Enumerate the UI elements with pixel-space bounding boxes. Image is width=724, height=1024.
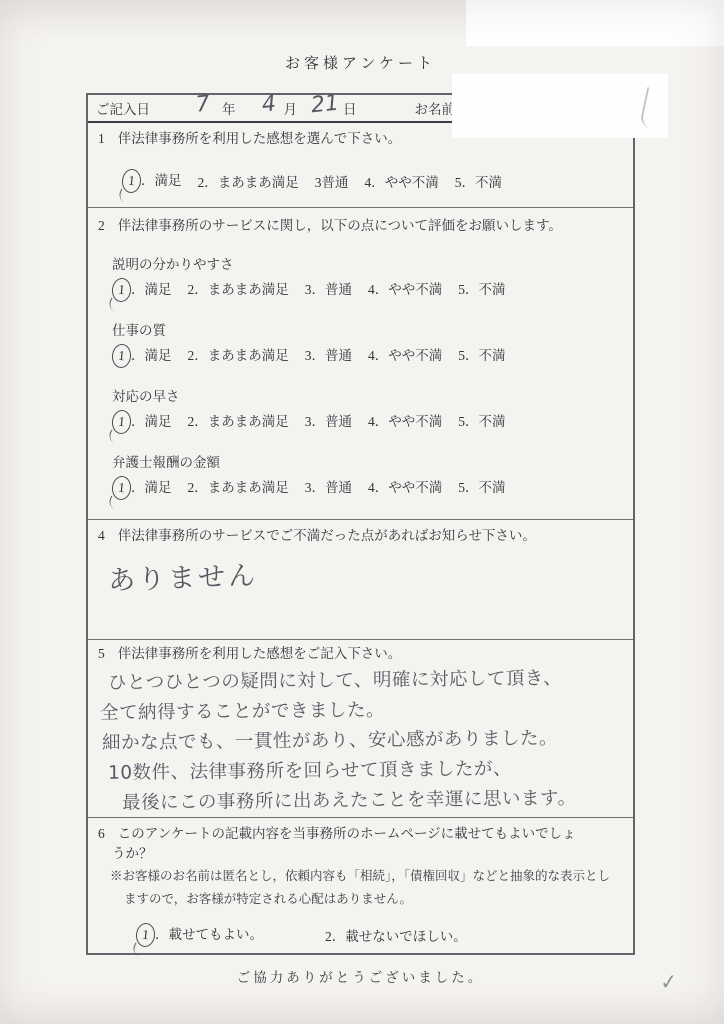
q1-option-3: 3普通 — [315, 171, 349, 191]
option-4: 4．やや不満 — [368, 345, 442, 367]
option-5: 5．不満 — [458, 279, 505, 301]
option-1-selected: 1．満足 — [112, 476, 172, 500]
q2-item-label-speed: 対応の早さ — [112, 388, 623, 406]
q2-item-label-clarity: 説明の分かりやすさ — [112, 256, 623, 274]
handwritten-day: 21 — [310, 93, 340, 118]
top-right-redaction-patch — [466, 0, 724, 46]
month-unit-label: 月 — [284, 98, 298, 118]
option-1-selected: 1．満足 — [112, 278, 172, 302]
option-3: 3．普通 — [305, 477, 352, 499]
question-4-number: 4 — [98, 526, 105, 546]
question-4-heading: 4 伴法律事務所のサービスでご不満だった点があればお知らせ下さい。 — [98, 526, 623, 546]
selection-circle-mark: 1 — [121, 168, 142, 194]
option-2: 2．まあまあ満足 — [188, 477, 289, 499]
survey-form-table: ご記入日 7 年 4 月 21 日 お名前 1 伴法律事務所を利用した感想を選ん… — [86, 93, 635, 955]
option-2: 2．まあまあ満足 — [188, 345, 289, 367]
option-1-selected: 1．満足 — [112, 410, 172, 434]
q5-answer-line: 最後にこの事務所に出あえたことを幸運に思います。 — [122, 783, 623, 818]
option-1-selected: 1．満足 — [112, 344, 172, 368]
question-2-text: 伴法律事務所のサービスに関し，以下の点について評価をお願いします。 — [118, 216, 562, 236]
q1-option-5: 5．不満 — [455, 171, 502, 191]
q1-option-4: 4．やや不満 — [365, 171, 439, 191]
q6-anonymity-note-line2: ますので，お客様が特定される心配はありません。 — [124, 889, 623, 910]
scanned-survey-document: お客様アンケート ご記入日 7 年 4 月 21 日 お名前 1 伴法律事務所を… — [0, 0, 724, 1024]
question-1-number: 1 — [98, 129, 105, 149]
thank-you-text: ご協力ありがとうございました。 — [86, 966, 635, 986]
question-5-section: 5 伴法律事務所を利用した感想をご記入下さい。 ひとつひとつの疑問に対して、明確… — [88, 640, 633, 818]
question-5-heading: 5 伴法律事務所を利用した感想をご記入下さい。 — [98, 644, 623, 664]
name-label: お名前 — [415, 98, 456, 118]
q6-option-2: 2．載せないでほしい。 — [325, 925, 467, 945]
question-5-number: 5 — [98, 644, 105, 664]
q2-item-fees-options: 1．満足 2．まあまあ満足 3．普通 4．やや不満 5．不満 — [112, 476, 623, 500]
date-label: ご記入日 — [96, 98, 150, 118]
option-5: 5．不満 — [458, 345, 505, 367]
q4-handwritten-answer: ありません — [107, 553, 258, 597]
selection-circle-mark: 1 — [111, 475, 132, 501]
q1-option-2: 2．まあまあ満足 — [198, 171, 299, 191]
option-2: 2．まあまあ満足 — [188, 279, 289, 301]
selection-circle-mark: 1 — [111, 409, 132, 435]
handwritten-year: 7 — [195, 93, 211, 116]
selection-circle-mark: 1 — [111, 343, 132, 369]
year-unit-label: 年 — [222, 98, 236, 118]
question-4-text: 伴法律事務所のサービスでご不満だった点があればお知らせ下さい。 — [118, 526, 536, 546]
question-6-text-line2: うか？ — [112, 844, 623, 864]
question-2-heading: 2 伴法律事務所のサービスに関し，以下の点について評価をお願いします。 — [98, 216, 623, 236]
q2-item-label-quality: 仕事の質 — [112, 322, 623, 340]
q2-item-label-fees: 弁護士報酬の金額 — [112, 454, 623, 472]
q6-anonymity-note-line1: ※お客様のお名前は匿名とし，依頼内容も「相続」，「債権回収」などと抽象的な表示と… — [110, 866, 623, 887]
option-4: 4．やや不満 — [368, 411, 442, 433]
question-2-number: 2 — [98, 216, 105, 236]
handwritten-month: 4 — [260, 93, 276, 116]
question-6-number: 6 — [98, 824, 105, 844]
q1-option-1-selected: 1．満足 — [122, 169, 182, 193]
q5-handwritten-answer: ひとつひとつの疑問に対して、明確に対応して頂き、 全て納得することができました。… — [98, 666, 623, 816]
page-title: お客様アンケート — [86, 52, 635, 73]
question-6-options: 1．載せてもよい。 2．載せないでほしい。 — [136, 923, 623, 947]
option-3: 3．普通 — [305, 279, 352, 301]
question-4-section: 4 伴法律事務所のサービスでご不満だった点があればお知らせ下さい。 ありません — [88, 520, 633, 640]
day-unit-label: 日 — [343, 98, 357, 118]
option-5: 5．不満 — [458, 411, 505, 433]
q2-item-quality-options: 1．満足 2．まあまあ満足 3．普通 4．やや不満 5．不満 — [112, 344, 623, 368]
question-6-text-line1: このアンケートの記載内容を当事務所のホームページに載せてもよいでしょ — [118, 824, 576, 844]
name-redaction-patch — [452, 74, 668, 138]
question-1-text: 伴法律事務所を利用した感想を選んで下さい。 — [118, 129, 402, 149]
option-5: 5．不満 — [458, 477, 505, 499]
selection-circle-mark: 1 — [111, 277, 132, 303]
option-4: 4．やや不満 — [368, 279, 442, 301]
question-5-text: 伴法律事務所を利用した感想をご記入下さい。 — [118, 644, 402, 664]
question-1-options: 1．満足 2．まあまあ満足 3普通 4．やや不満 5．不満 — [122, 169, 623, 193]
q6-option-1-selected: 1．載せてもよい。 — [136, 923, 263, 947]
question-2-section: 2 伴法律事務所のサービスに関し，以下の点について評価をお願いします。 説明の分… — [88, 208, 633, 520]
question-6-heading: 6 このアンケートの記載内容を当事務所のホームページに載せてもよいでしょ — [98, 824, 623, 844]
q2-item-speed-options: 1．満足 2．まあまあ満足 3．普通 4．やや不満 5．不満 — [112, 410, 623, 434]
q2-item-clarity-options: 1．満足 2．まあまあ満足 3．普通 4．やや不満 5．不満 — [112, 278, 623, 302]
handwritten-checkmark: ✓ — [659, 969, 679, 995]
option-4: 4．やや不満 — [368, 477, 442, 499]
selection-circle-mark: 1 — [135, 922, 156, 948]
option-3: 3．普通 — [305, 411, 352, 433]
option-3: 3．普通 — [305, 345, 352, 367]
question-6-section: 6 このアンケートの記載内容を当事務所のホームページに載せてもよいでしょ うか？… — [88, 818, 633, 955]
option-2: 2．まあまあ満足 — [188, 411, 289, 433]
